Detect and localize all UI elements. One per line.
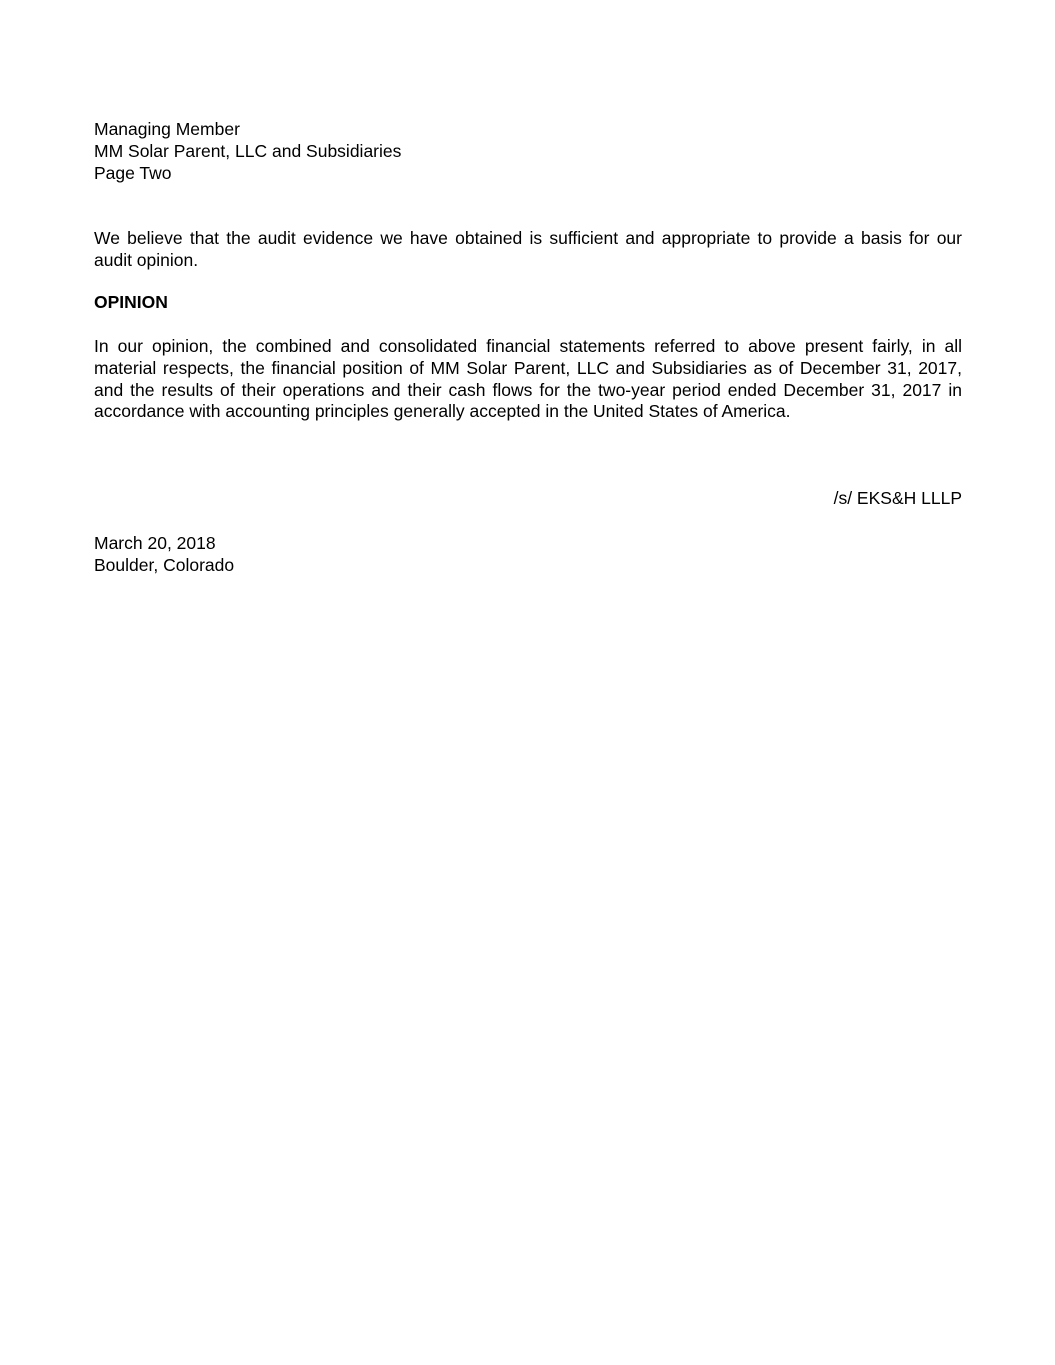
- date-location-block: March 20, 2018 Boulder, Colorado: [94, 532, 234, 576]
- address-block: Managing Member MM Solar Parent, LLC and…: [94, 118, 401, 184]
- page-label: Page Two: [94, 162, 401, 184]
- opinion-heading: OPINION: [94, 292, 168, 313]
- auditor-signature: /s/ EKS&H LLLP: [834, 488, 962, 509]
- opinion-paragraph: In our opinion, the combined and consoli…: [94, 336, 962, 423]
- audit-evidence-paragraph: We believe that the audit evidence we ha…: [94, 227, 962, 271]
- report-location: Boulder, Colorado: [94, 554, 234, 576]
- recipient: Managing Member: [94, 118, 401, 140]
- entity-name: MM Solar Parent, LLC and Subsidiaries: [94, 140, 401, 162]
- report-date: March 20, 2018: [94, 532, 234, 554]
